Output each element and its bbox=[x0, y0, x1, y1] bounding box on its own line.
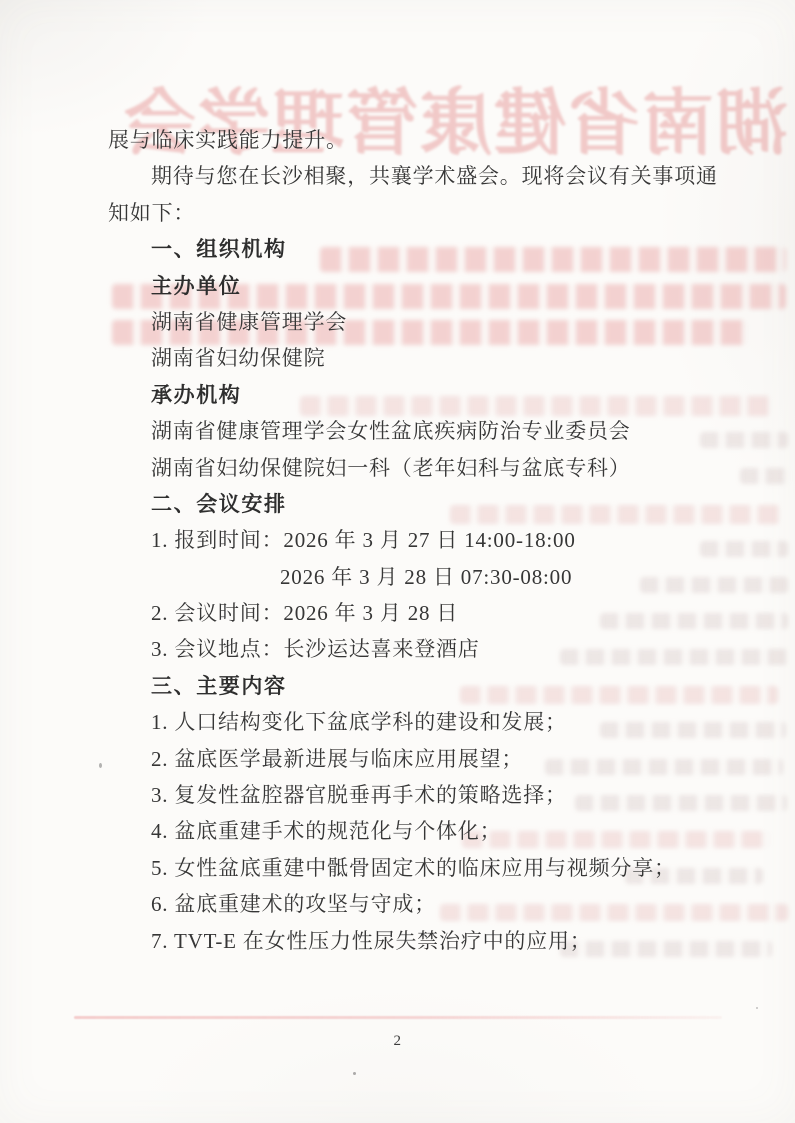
document-line: 期待与您在长沙相聚，共襄学术盛会。现将会议有关事项通 bbox=[108, 158, 748, 194]
document-body: 展与临床实践能力提升。期待与您在长沙相聚，共襄学术盛会。现将会议有关事项通知如下… bbox=[108, 122, 748, 959]
document-line: 承办机构 bbox=[108, 377, 748, 413]
document-line: 湖南省健康管理学会女性盆底疾病防治专业委员会 bbox=[108, 413, 748, 449]
document-line: 4. 盆底重建手术的规范化与个体化； bbox=[108, 813, 748, 849]
document-line: 湖南省妇幼保健院 bbox=[108, 340, 748, 376]
document-line: 2. 会议时间：2026 年 3 月 28 日 bbox=[108, 595, 748, 631]
document-line: 展与临床实践能力提升。 bbox=[108, 122, 748, 158]
document-line: 3. 会议地点：长沙运达喜来登酒店 bbox=[108, 631, 748, 667]
document-line: 湖南省健康管理学会 bbox=[108, 304, 748, 340]
document-line: 6. 盆底重建术的攻坚与守成； bbox=[108, 886, 748, 922]
scan-speck bbox=[99, 763, 102, 768]
document-line: 1. 报到时间：2026 年 3 月 27 日 14:00-18:00 bbox=[108, 522, 748, 558]
document-line: 一、组织机构 bbox=[108, 231, 748, 267]
scan-speck bbox=[353, 1072, 356, 1075]
page-number: 2 bbox=[0, 1033, 795, 1050]
scan-speck bbox=[756, 1007, 758, 1009]
document-line: 三、主要内容 bbox=[108, 668, 748, 704]
document-line: 2026 年 3 月 28 日 07:30-08:00 bbox=[108, 559, 748, 595]
document-line: 1. 人口结构变化下盆底学科的建设和发展； bbox=[108, 704, 748, 740]
document-line: 5. 女性盆底重建中骶骨固定术的临床应用与视频分享； bbox=[108, 850, 748, 886]
document-line: 知如下： bbox=[108, 195, 748, 231]
document-line: 3. 复发性盆腔器官脱垂再手术的策略选择； bbox=[108, 777, 748, 813]
document-line: 湖南省妇幼保健院妇一科（老年妇科与盆底专科） bbox=[108, 450, 748, 486]
document-line: 7. TVT-E 在女性压力性尿失禁治疗中的应用； bbox=[108, 923, 748, 959]
scanned-page: 湖南省健康管理学会 展与临床实践能力提升。期待与您在长沙相聚，共襄学术盛会。现将… bbox=[0, 0, 795, 1123]
document-line: 二、会议安排 bbox=[108, 486, 748, 522]
document-line: 主办单位 bbox=[108, 268, 748, 304]
bleed-through-divider-line bbox=[74, 1016, 722, 1019]
document-line: 2. 盆底医学最新进展与临床应用展望； bbox=[108, 741, 748, 777]
